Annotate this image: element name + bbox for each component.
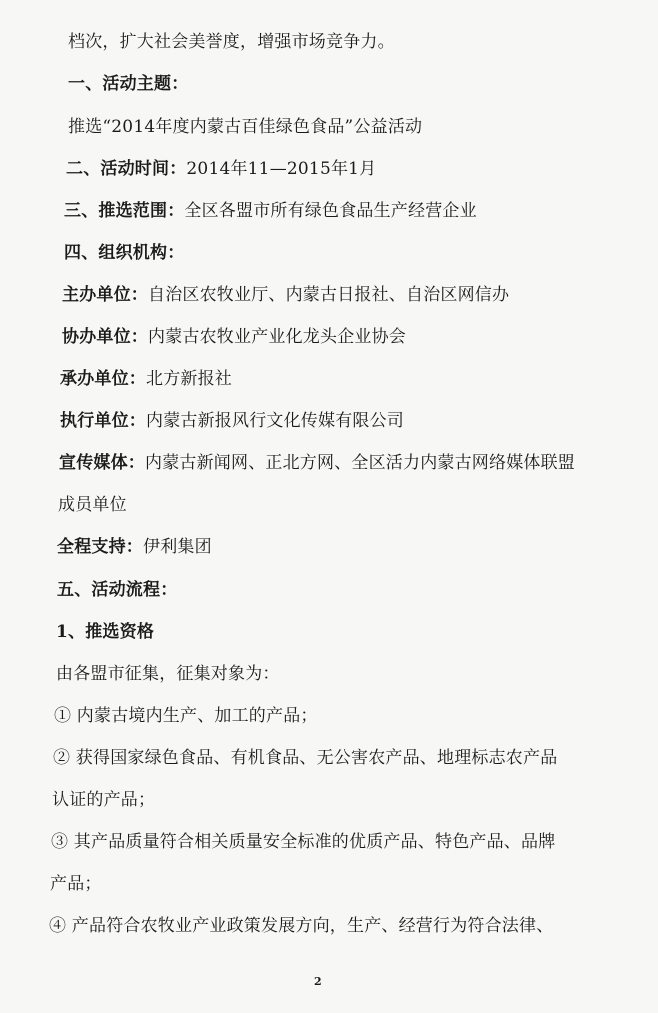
host-organizer: 主办单位：自治区农牧业厅、内蒙古日报社、自治区网信办 bbox=[62, 285, 509, 305]
subsection-1-heading: 1、推选资格 bbox=[56, 622, 154, 642]
media-value: 内蒙古新闻网、正北方网、全区活力内蒙古网络媒体联盟 bbox=[145, 453, 575, 473]
activity-time-value: 2014年11—2015年1月 bbox=[186, 159, 376, 179]
undertaker: 承办单位：北方新报社 bbox=[60, 369, 232, 389]
co-organizer-label: 协办单位： bbox=[62, 327, 148, 347]
host-value: 自治区农牧业厅、内蒙古日报社、自治区网信办 bbox=[148, 285, 509, 305]
intro-continuation: 档次，扩大社会美誉度，增强市场竞争力。 bbox=[68, 32, 395, 52]
collection-intro: 由各盟市征集，征集对象为： bbox=[56, 664, 280, 684]
undertaker-label: 承办单位： bbox=[60, 369, 146, 389]
selection-scope: 三、推选范围：全区各盟市所有绿色食品生产经营企业 bbox=[64, 201, 477, 221]
criteria-1: ① 内蒙古境内生产、加工的产品； bbox=[54, 706, 318, 726]
page-number: 2 bbox=[314, 975, 322, 988]
host-label: 主办单位： bbox=[62, 285, 148, 305]
executor-value: 内蒙古新报风行文化传媒有限公司 bbox=[146, 411, 404, 431]
executor-label: 执行单位： bbox=[60, 411, 146, 431]
selection-scope-label: 三、推选范围： bbox=[64, 201, 184, 221]
activity-time: 二、活动时间：2014年11—2015年1月 bbox=[66, 159, 376, 179]
media: 宣传媒体：内蒙古新闻网、正北方网、全区活力内蒙古网络媒体联盟 bbox=[59, 453, 575, 473]
section-4-heading: 四、组织机构： bbox=[64, 243, 184, 263]
criteria-2-continuation: 认证的产品； bbox=[52, 790, 155, 810]
selection-scope-value: 全区各盟市所有绿色食品生产经营企业 bbox=[184, 201, 476, 221]
section-5-heading: 五、活动流程： bbox=[57, 580, 177, 600]
full-support-label: 全程支持： bbox=[57, 537, 143, 557]
co-organizer-value: 内蒙古农牧业产业化龙头企业协会 bbox=[148, 327, 406, 347]
media-continuation: 成员单位 bbox=[58, 495, 127, 515]
activity-theme: 推选“2014年度内蒙古百佳绿色食品”公益活动 bbox=[68, 117, 422, 137]
executor: 执行单位：内蒙古新报风行文化传媒有限公司 bbox=[60, 411, 404, 431]
full-support: 全程支持：伊利集团 bbox=[57, 537, 212, 557]
criteria-2: ② 获得国家绿色食品、有机食品、无公害农产品、地理标志农产品 bbox=[53, 748, 557, 768]
activity-time-label: 二、活动时间： bbox=[66, 159, 186, 179]
co-organizer: 协办单位：内蒙古农牧业产业化龙头企业协会 bbox=[62, 327, 406, 347]
undertaker-value: 北方新报社 bbox=[146, 369, 232, 389]
media-label: 宣传媒体： bbox=[59, 453, 145, 473]
criteria-3-continuation: 产品； bbox=[50, 874, 102, 894]
criteria-3: ③ 其产品质量符合相关质量安全标准的优质产品、特色产品、品牌 bbox=[51, 832, 555, 852]
document-page: 档次，扩大社会美誉度，增强市场竞争力。 一、活动主题： 推选“2014年度内蒙古… bbox=[0, 0, 658, 1013]
full-support-value: 伊利集团 bbox=[143, 537, 212, 557]
section-1-heading: 一、活动主题： bbox=[68, 74, 188, 94]
criteria-4: ④ 产品符合农牧业产业政策发展方向，生产、经营行为符合法律、 bbox=[49, 916, 553, 936]
